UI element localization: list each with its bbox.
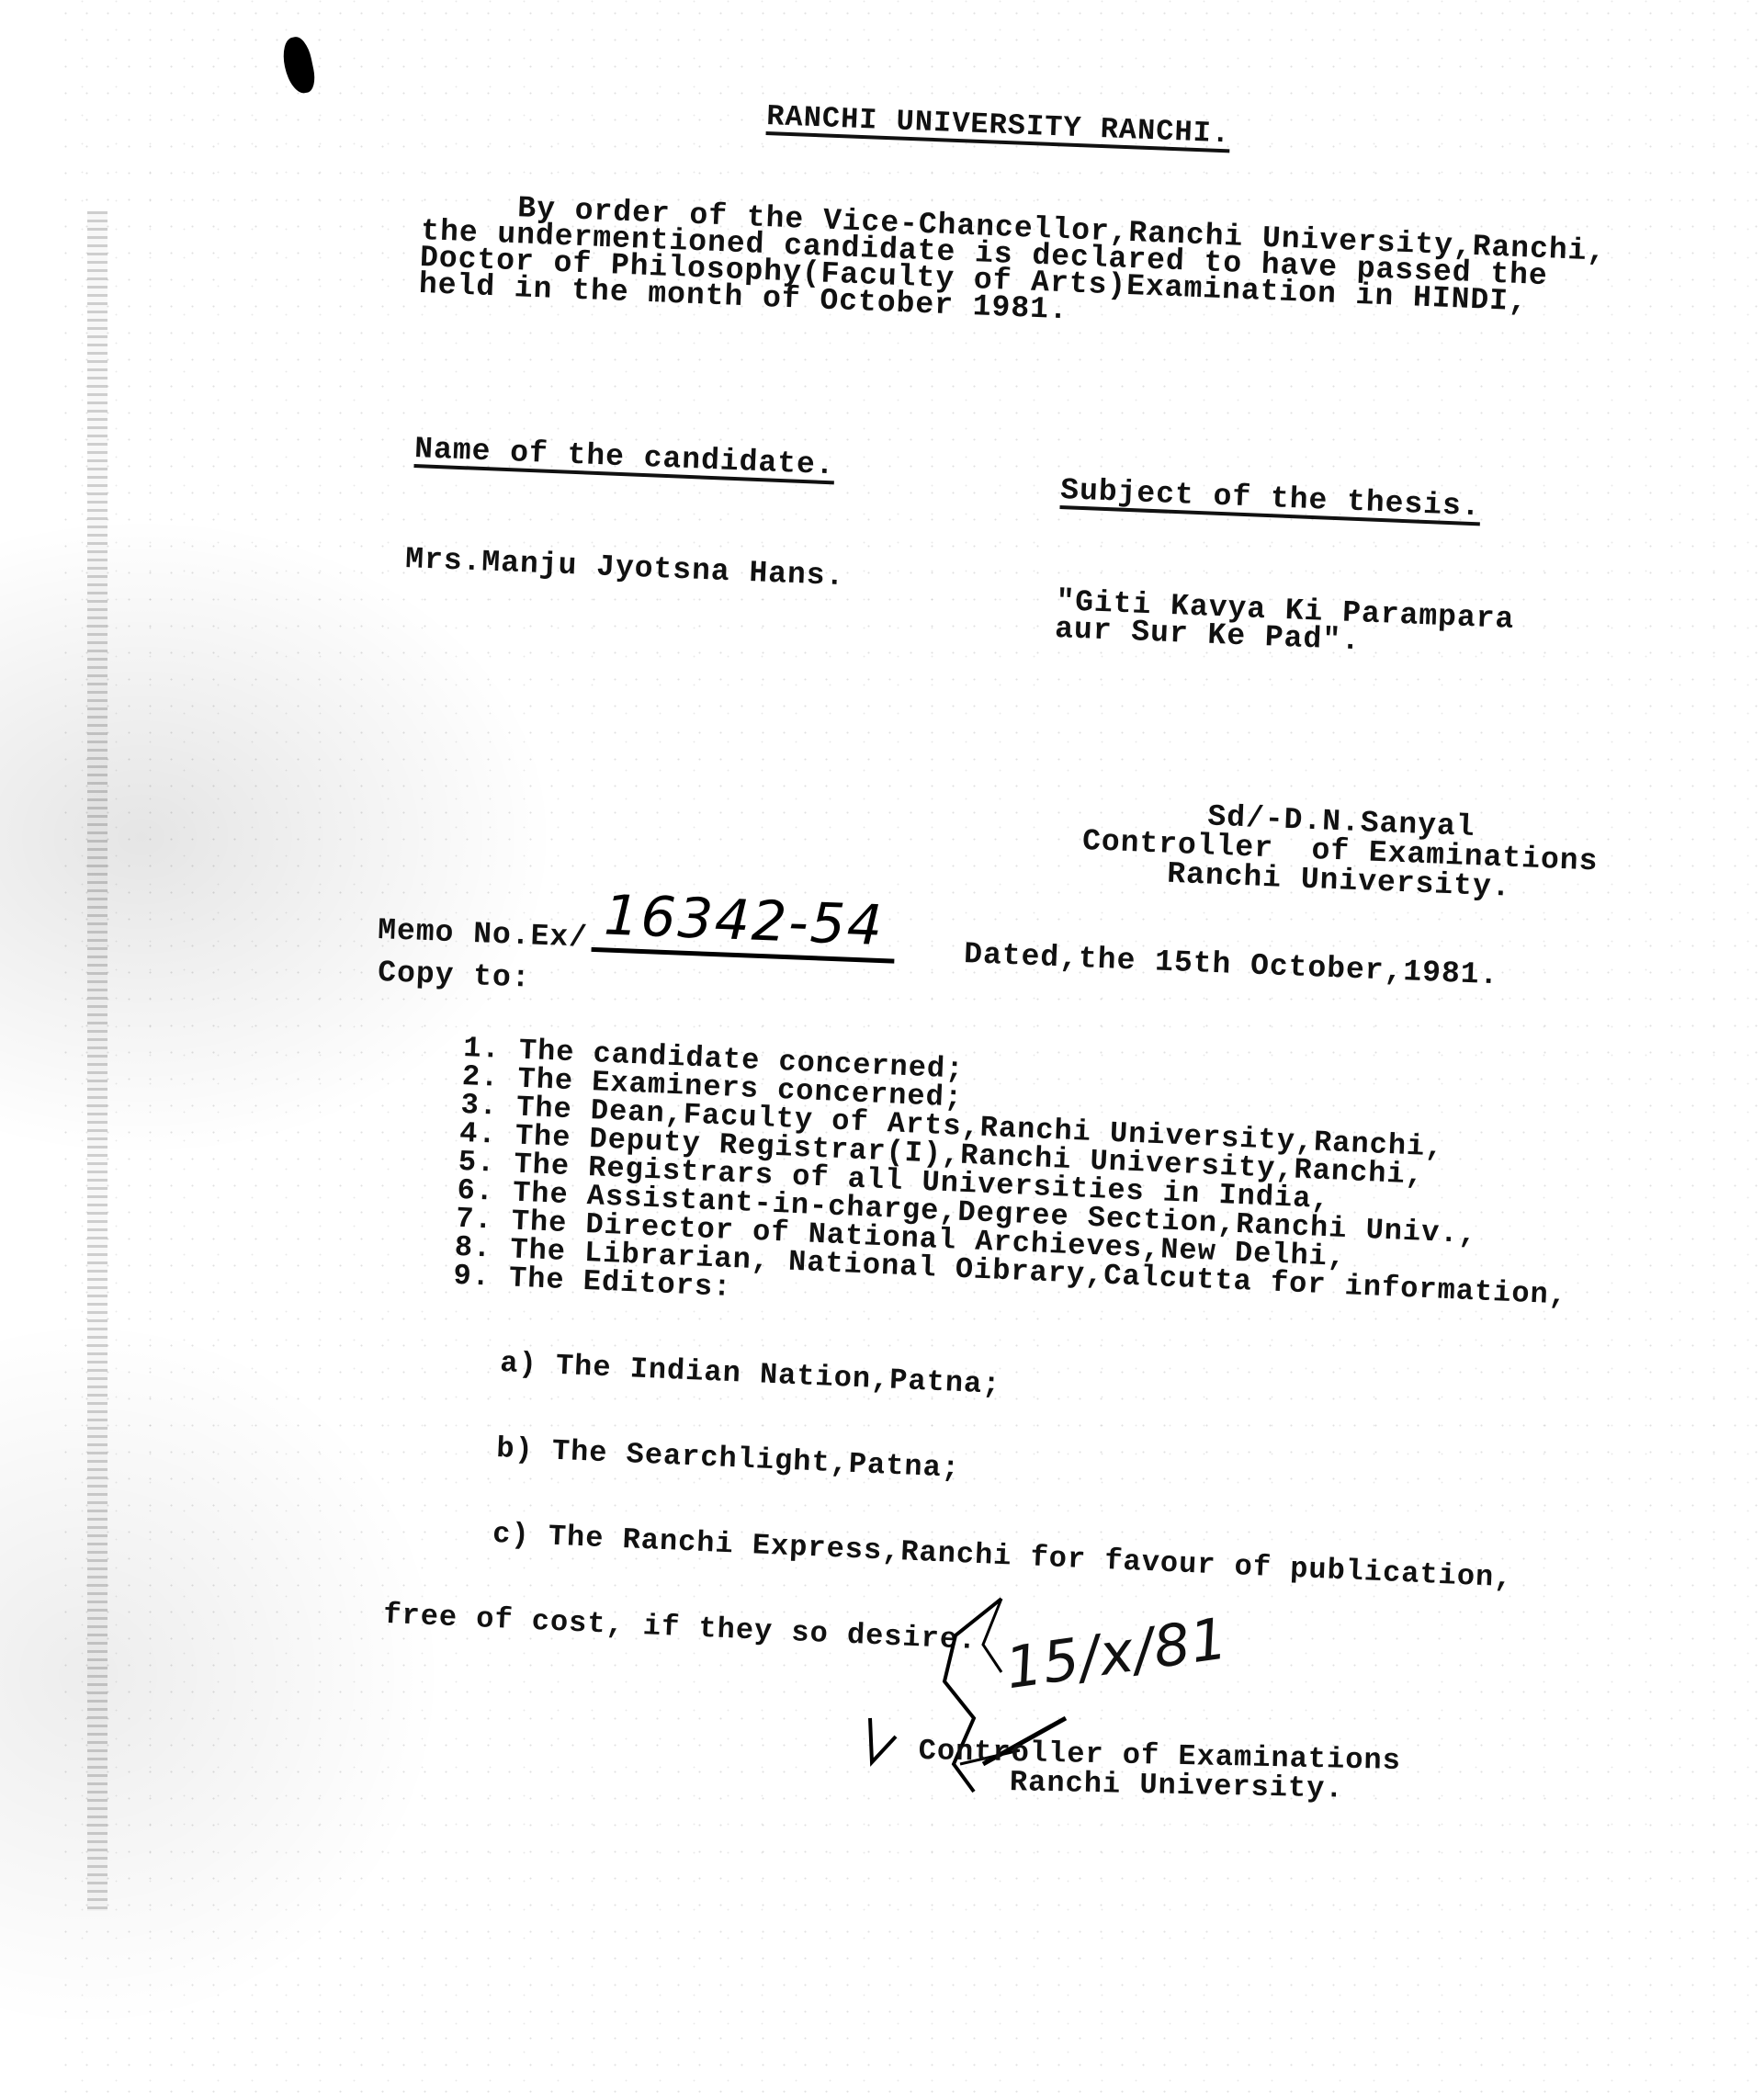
editor-item: a) The Indian Nation,Patna;	[449, 1347, 1563, 1424]
thesis-title: "Giti Kavya Ki Parampara aur Sur Ke Pad"…	[1055, 588, 1515, 662]
candidate-name: Mrs.Manju Jyotsna Hans.	[405, 542, 846, 594]
thesis-subject-label: Subject of the thesis.	[1060, 473, 1482, 524]
signatory-block: Sd/-D.N.Sanyal Controller of Examination…	[1080, 798, 1600, 906]
copy-to-label: Copy to:	[378, 956, 532, 996]
memo-prefix: Memo No.Ex/	[378, 913, 589, 956]
memo-number-handwritten: 16342-54	[591, 883, 897, 964]
memo-date: Dated,the 15th October,1981.	[964, 937, 1500, 992]
editor-item: b) The Searchlight,Patna;	[446, 1432, 1559, 1510]
checkmark-icon	[859, 1709, 905, 1773]
scan-edge-shadow	[87, 211, 107, 1911]
ink-blot	[279, 35, 318, 96]
candidate-name-label: Name of the candidate.	[414, 432, 836, 482]
scanned-document-page: RANCHI UNIVERSITY RANCHI. By order of th…	[0, 0, 1764, 2093]
intro-paragraph: By order of the Vice-Chancellor,Ranchi U…	[418, 191, 1606, 345]
document-heading: RANCHI UNIVERSITY RANCHI.	[766, 99, 1231, 151]
footer-signatory: Controller of Examinations Ranchi Univer…	[918, 1737, 1402, 1805]
